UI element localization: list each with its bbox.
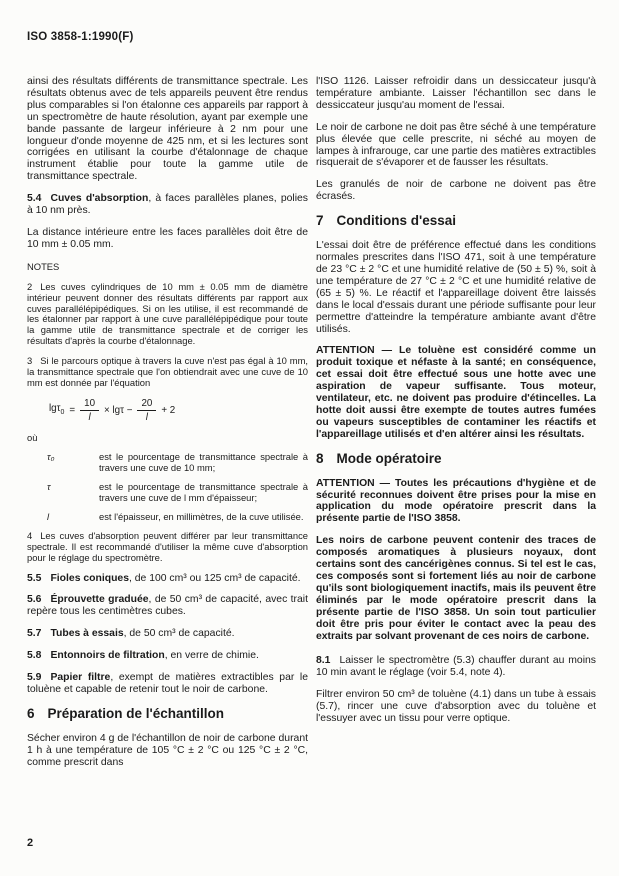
attention-precautions: ATTENTION — Toutes les précautions d'hyg… bbox=[316, 478, 596, 526]
page-number: 2 bbox=[27, 837, 33, 849]
note-text: Si le parcours optique à travers la cuve… bbox=[27, 355, 308, 388]
clause-5-5: 5.5Fioles coniques, de 100 cm³ ou 125 cm… bbox=[27, 573, 308, 585]
section-6-heading: 6Préparation de l'échantillon bbox=[27, 706, 308, 721]
clause-5-8: 5.8Entonnoirs de filtration, en verre de… bbox=[27, 650, 308, 662]
document-reference: ISO 3858-1:1990(F) bbox=[27, 31, 134, 43]
clause-5-9: 5.9Papier filtre, exempt de matières ext… bbox=[27, 672, 308, 696]
section-number: 7 bbox=[316, 213, 324, 228]
paragraph-filter-toluene: Filtrer environ 50 cm³ de toluène (4.1) … bbox=[316, 689, 596, 725]
note-number: 3 bbox=[27, 355, 32, 366]
equals-sign: = bbox=[69, 405, 75, 417]
symbol: l bbox=[47, 512, 99, 523]
fraction-20-over-l: 20l bbox=[137, 398, 156, 424]
equation-lhs: lgτ0 bbox=[49, 403, 64, 419]
right-column: l'ISO 1126. Laisser refroidir dans un de… bbox=[316, 76, 596, 735]
symbol: τ₀ bbox=[47, 452, 99, 474]
note-3: 3Si le parcours optique à travers la cuv… bbox=[27, 356, 308, 389]
section-8-heading: 8Mode opératoire bbox=[316, 451, 596, 466]
note-number: 4 bbox=[27, 530, 32, 541]
definition-tau: τest le pourcentage de transmittance spe… bbox=[47, 482, 308, 504]
definition-text: est le pourcentage de transmittance spec… bbox=[99, 452, 308, 474]
symbol: τ bbox=[47, 482, 99, 504]
clause-number: 5.4 bbox=[27, 193, 41, 204]
paragraph-test-conditions: L'essai doit être de préférence effectué… bbox=[316, 240, 596, 335]
clause-number: 8.1 bbox=[316, 655, 330, 666]
section-7-heading: 7Conditions d'essai bbox=[316, 213, 596, 228]
note-text: Les cuves cylindriques de 10 mm ± 0.05 m… bbox=[27, 281, 308, 347]
definition-tau0: τ₀est le pourcentage de transmittance sp… bbox=[47, 452, 308, 474]
transmittance-equation: lgτ0 = 10l × lgτ − 20l + 2 bbox=[49, 398, 308, 424]
paragraph-distance: La distance intérieure entre les faces p… bbox=[27, 227, 308, 251]
left-column: ainsi des résultats différents de transm… bbox=[27, 76, 308, 779]
definition-text: est l'épaisseur, en millimètres, de la c… bbox=[99, 512, 308, 523]
paragraph-drying: Sécher environ 4 g de l'échantillon de n… bbox=[27, 733, 308, 769]
clause-8-1: 8.1Laisser le spectromètre (5.3) chauffe… bbox=[316, 655, 596, 679]
note-2: 2Les cuves cylindriques de 10 mm ± 0.05 … bbox=[27, 282, 308, 347]
clause-title: Cuves d'absorption bbox=[50, 193, 148, 204]
fraction-10-over-l: 10l bbox=[80, 398, 99, 424]
section-title: Mode opératoire bbox=[337, 451, 442, 466]
clause-5-6: 5.6Éprouvette graduée, de 50 cm³ de capa… bbox=[27, 594, 308, 618]
paragraph-granules: Les granulés de noir de carbone ne doive… bbox=[316, 179, 596, 203]
clause-5-4: 5.4Cuves d'absorption, à faces parallèle… bbox=[27, 193, 308, 217]
paragraph-continuation: ainsi des résultats différents de transm… bbox=[27, 76, 308, 183]
section-number: 6 bbox=[27, 706, 35, 721]
section-title: Préparation de l'échantillon bbox=[48, 706, 225, 721]
section-number: 8 bbox=[316, 451, 324, 466]
paragraph-no-overheat: Le noir de carbone ne doit pas être séch… bbox=[316, 122, 596, 170]
paragraph-carbon-blacks: Les noirs de carbone peuvent contenir de… bbox=[316, 535, 596, 642]
attention-toluene: ATTENTION — Le toluène est considéré com… bbox=[316, 345, 596, 440]
clause-5-7: 5.7Tubes à essais, de 50 cm³ de capacité… bbox=[27, 628, 308, 640]
definition-l: lest l'épaisseur, en millimètres, de la … bbox=[47, 512, 308, 523]
clause-text: Laisser le spectromètre (5.3) chauffer d… bbox=[316, 655, 596, 678]
note-4: 4Les cuves d'absorption peuvent différer… bbox=[27, 531, 308, 564]
note-number: 2 bbox=[27, 281, 32, 292]
document-page: ISO 3858-1:1990(F) ainsi des résultats d… bbox=[0, 0, 619, 876]
definition-text: est le pourcentage de transmittance spec… bbox=[99, 482, 308, 504]
equation-tail: + 2 bbox=[161, 405, 175, 417]
section-title: Conditions d'essai bbox=[337, 213, 456, 228]
notes-label: NOTES bbox=[27, 261, 308, 273]
paragraph-desiccator: l'ISO 1126. Laisser refroidir dans un de… bbox=[316, 76, 596, 112]
equation-middle: × lgτ − bbox=[104, 405, 132, 417]
where-label: où bbox=[27, 432, 308, 444]
note-text: Les cuves d'absorption peuvent différer … bbox=[27, 530, 308, 563]
